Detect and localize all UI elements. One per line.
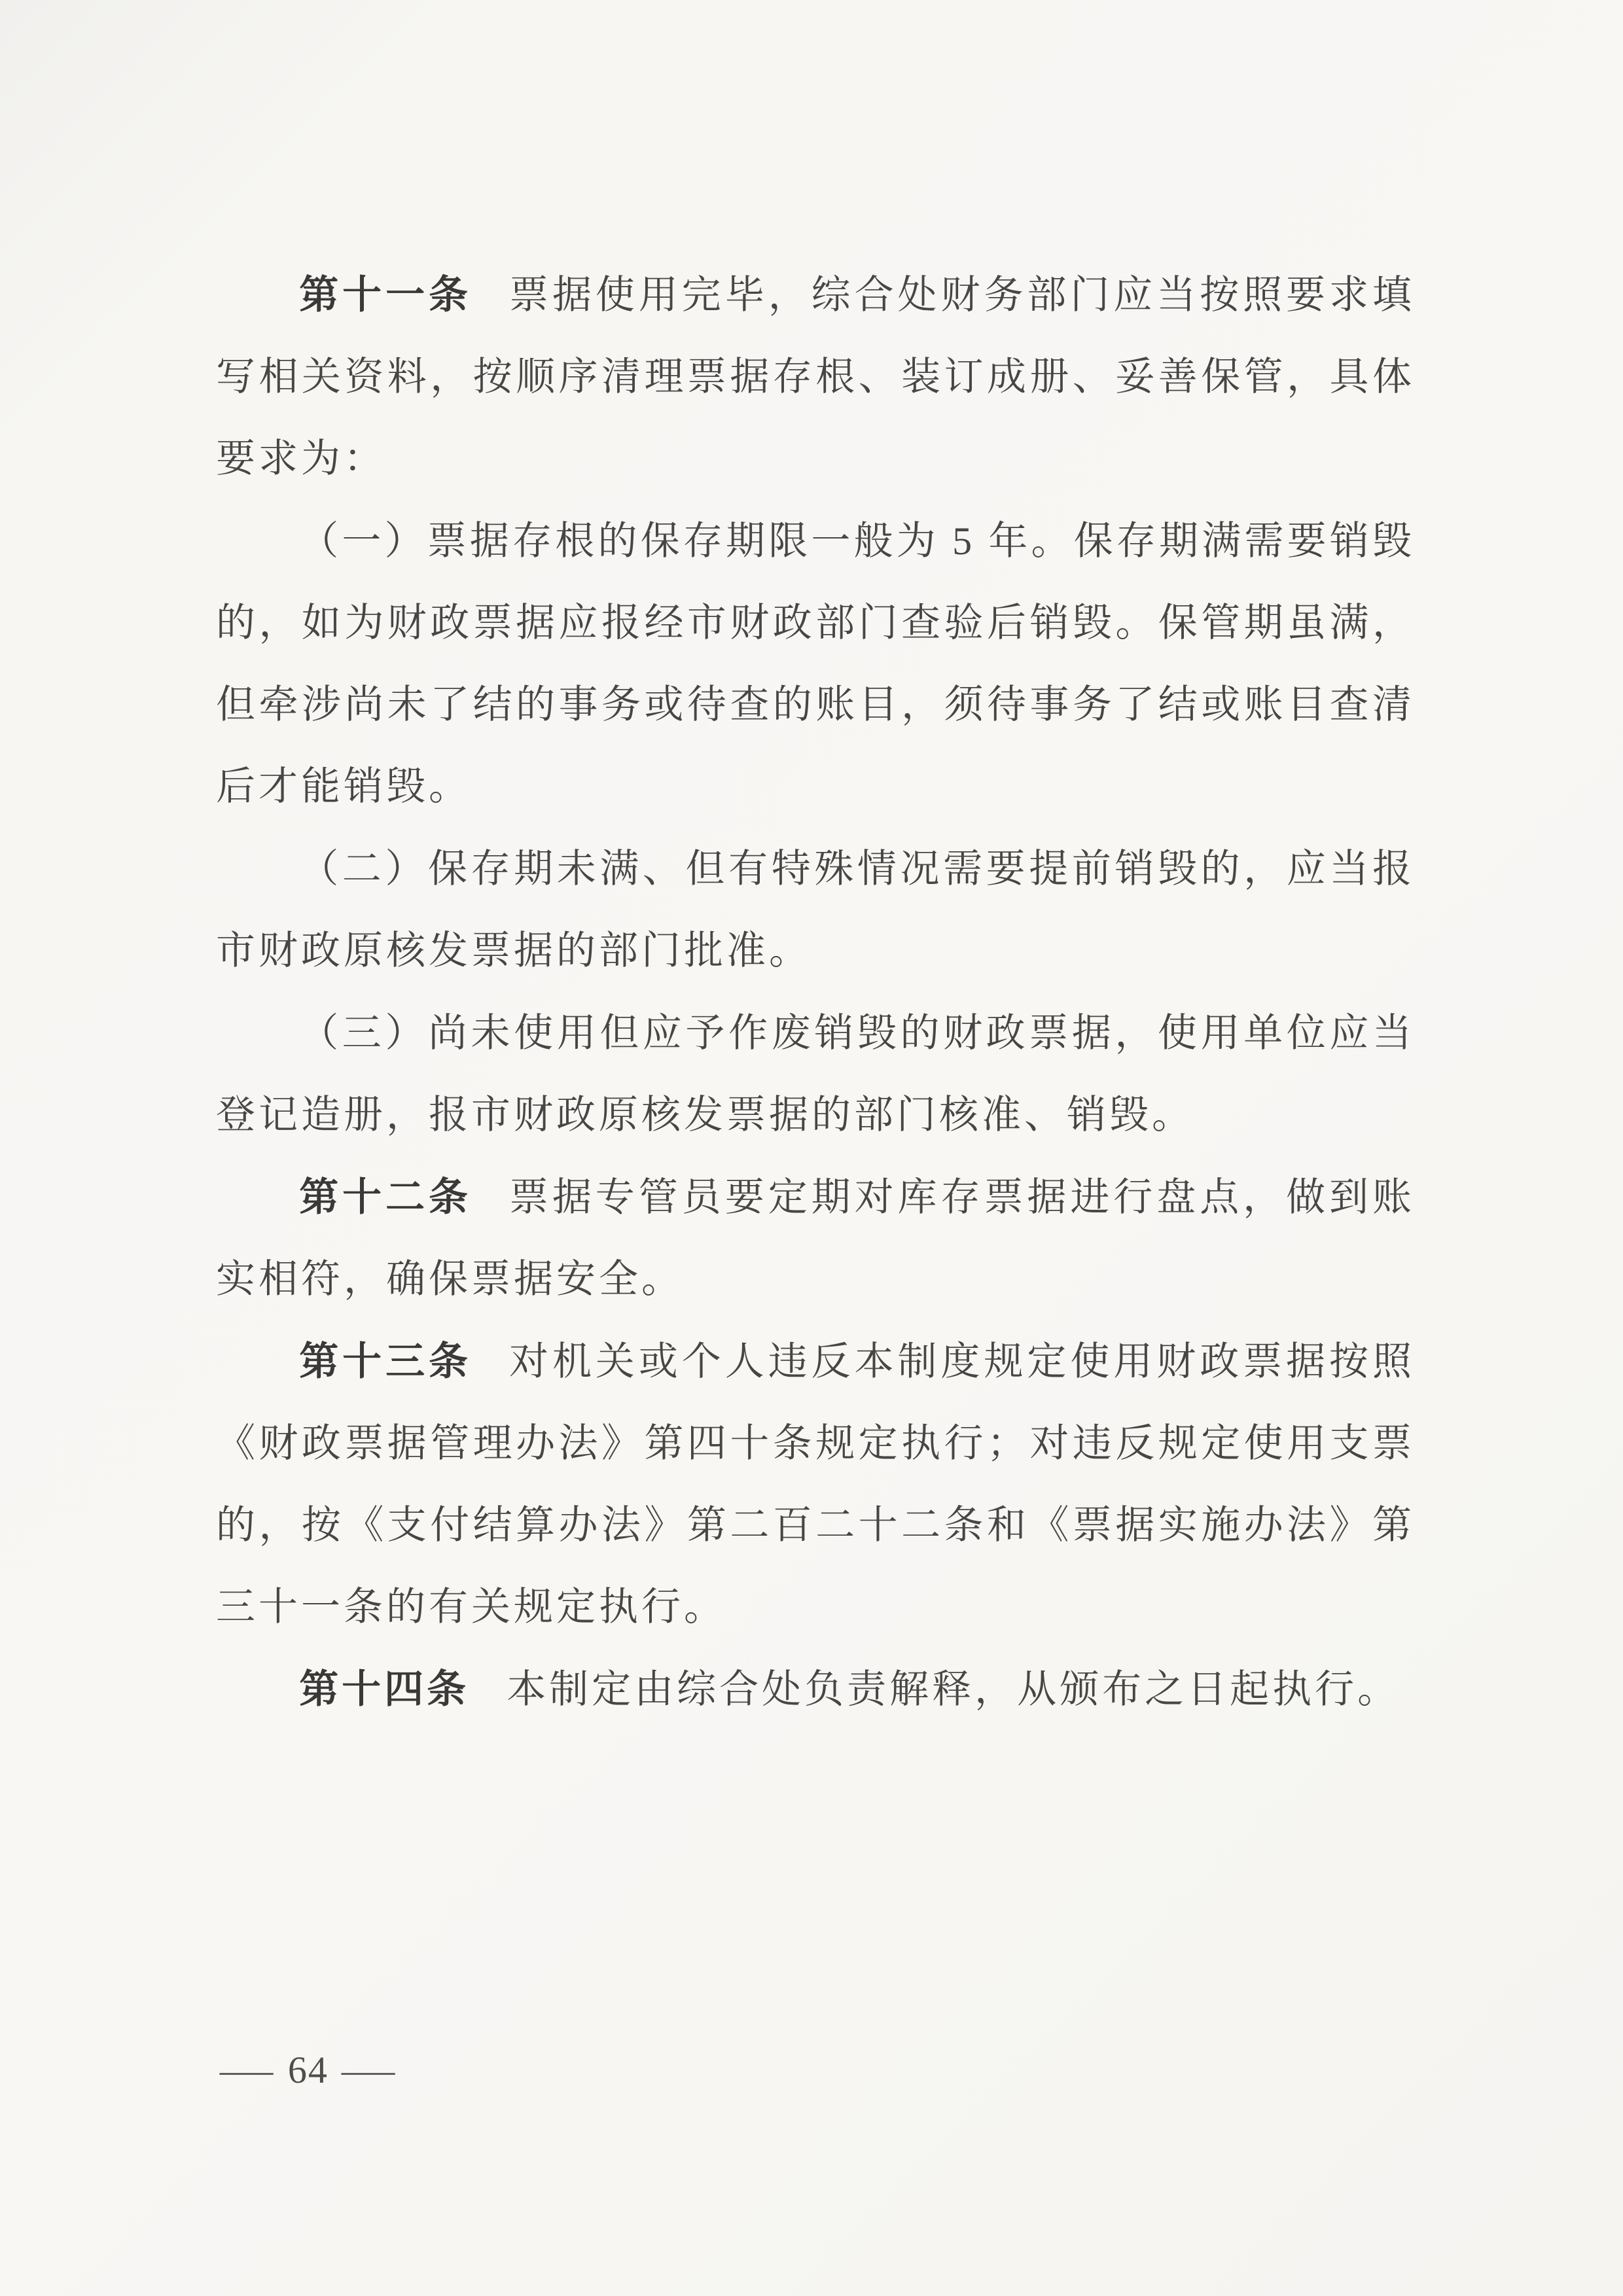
article-number: 第十四条: [299, 1667, 469, 1711]
paragraph-text: （三）尚未使用但应予作废销毁的财政票据，使用单位应当登记造册，报市财政原核发票据…: [216, 1012, 1415, 1137]
page-number-footer: —64—: [228, 2048, 389, 2092]
document-page: 第十一条票据使用完毕，综合处财务部门应当按照要求填写相关资料，按顺序清理票据存根…: [0, 0, 1623, 2296]
paragraph: 第十二条票据专管员要定期对库存票据进行盘点，做到账实相符，确保票据安全。: [216, 1156, 1415, 1320]
paragraph: 第十三条对机关或个人违反本制度规定使用财政票据按照《财政票据管理办法》第四十条规…: [216, 1320, 1415, 1648]
article-number: 第十三条: [299, 1339, 472, 1383]
page-number: 64: [288, 2049, 329, 2091]
paragraph: 第十四条本制定由综合处负责解释，从颁布之日起执行。: [216, 1648, 1415, 1731]
article-number: 第十一条: [299, 273, 472, 317]
paragraph-text: 对机关或个人违反本制度规定使用财政票据按照《财政票据管理办法》第四十条规定执行；…: [216, 1340, 1415, 1629]
paragraph: （二）保存期未满、但有特殊情况需要提前销毁的，应当报市财政原核发票据的部门批准。: [216, 828, 1415, 992]
paragraph-text: （二）保存期未满、但有特殊情况需要提前销毁的，应当报市财政原核发票据的部门批准。: [216, 847, 1415, 972]
paragraph: （三）尚未使用但应予作废销毁的财政票据，使用单位应当登记造册，报市财政原核发票据…: [216, 992, 1415, 1156]
document-body: 第十一条票据使用完毕，综合处财务部门应当按照要求填写相关资料，按顺序清理票据存根…: [216, 254, 1415, 1731]
article-number: 第十二条: [299, 1175, 472, 1219]
paragraph-text: （一）票据存根的保存期限一般为 5 年。保存期满需要销毁的，如为财政票据应报经市…: [216, 520, 1415, 808]
paragraph: （一）票据存根的保存期限一般为 5 年。保存期满需要销毁的，如为财政票据应报经市…: [216, 500, 1415, 828]
footer-right-dash: —: [342, 2048, 397, 2092]
footer-left-dash: —: [220, 2048, 275, 2092]
paragraph-text: 本制定由综合处负责解释，从颁布之日起执行。: [507, 1668, 1400, 1711]
paragraph: 第十一条票据使用完毕，综合处财务部门应当按照要求填写相关资料，按顺序清理票据存根…: [216, 254, 1415, 500]
